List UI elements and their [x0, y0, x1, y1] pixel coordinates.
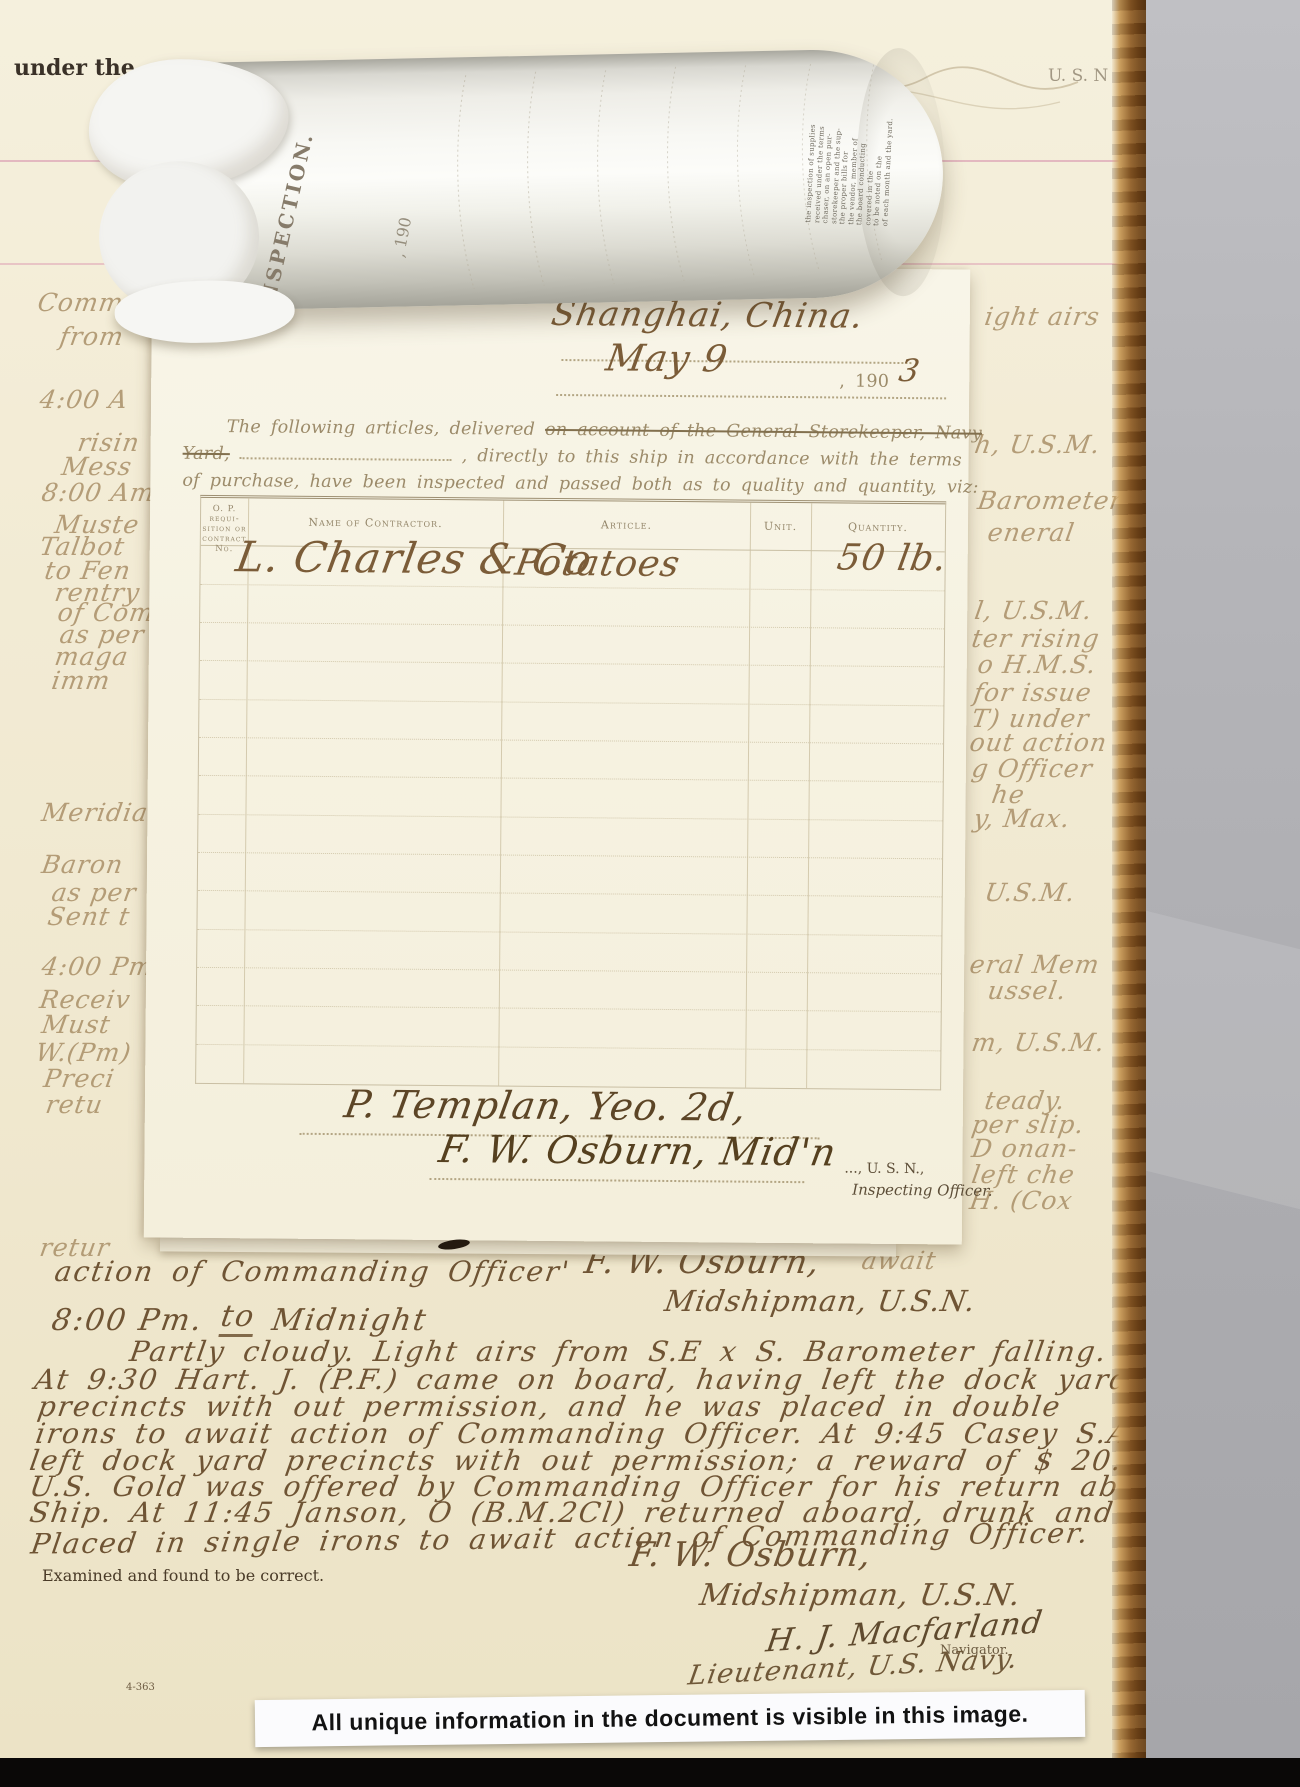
signature-title-midshipman: Midshipman, U.S.N. [697, 1578, 1023, 1613]
table-row-rule [198, 852, 942, 859]
margin-script-fragment: eneral [986, 518, 1077, 547]
watch-heading-prefix: 8:00 Pm. [49, 1303, 206, 1338]
entry-quantity-handwritten: 50 lb. [834, 537, 950, 579]
margin-script-fragment: for issue [972, 678, 1094, 707]
margin-script-fragment: retu [44, 1090, 105, 1119]
table-row-rule [200, 622, 944, 629]
glassine-fold-highlight [1146, 911, 1300, 1209]
form-preamble-line: The following articles, delivered on acc… [227, 417, 982, 444]
header-line: O. P. requi- [201, 504, 248, 524]
table-row-rule [197, 1005, 941, 1012]
table-row-rule [199, 775, 943, 782]
margin-script-fragment: eral Mem [968, 950, 1102, 979]
margin-script-fragment: ter rising [970, 624, 1102, 653]
printed-examined-statement: Examined and found to be correct. [42, 1566, 324, 1585]
printed-form-number: 4-363 [126, 1682, 155, 1693]
margin-script-fragment: y, Max. [972, 804, 1073, 833]
margin-script-fragment: g Officer [970, 754, 1095, 783]
table-header-unit: Unit. [750, 520, 811, 534]
printed-inspecting-officer-label: Inspecting Officer. [852, 1181, 992, 1200]
table-column-rule [498, 501, 504, 1086]
signature-osburn: F. W. Osburn, [627, 1535, 875, 1575]
table-header-contractor: Name of Contractor. [248, 515, 503, 530]
table-row-rule [200, 584, 944, 591]
inspection-table: O. P. requi- sition or contract No. Name… [195, 495, 946, 1090]
printed-usn-label: ..., U. S. N., [844, 1161, 924, 1178]
margin-script-fragment: out action [968, 728, 1110, 757]
table-row-rule [199, 737, 943, 744]
margin-script-fragment: 8:00 Am [40, 478, 157, 507]
margin-script-fragment: W.(Pm) [34, 1038, 134, 1067]
signature-title-midshipman: Midshipman, U.S.N. [662, 1284, 978, 1318]
form-preamble-line: Yard, , directly to this ship in accorda… [183, 444, 962, 471]
table-row-rule [200, 660, 944, 667]
table-column-rule [806, 503, 812, 1088]
margin-script-fragment: m, U.S.M. [970, 1028, 1108, 1057]
entry-article-handwritten: Potatoes [512, 543, 683, 585]
signature-osburn-handwritten: F. W. Osburn, Mid'n [436, 1127, 840, 1174]
scan-background-strip [0, 1758, 1300, 1787]
margin-script-fragment: Barometer [976, 486, 1125, 515]
signature-templan-handwritten: P. Templan, Yeo. 2d, [341, 1082, 750, 1129]
margin-script-fragment: Preci [42, 1064, 117, 1093]
form-date-rule [556, 393, 946, 399]
margin-script-fragment: o H.M.S. [976, 650, 1099, 679]
log-watch-heading: 8:00 Pm. to Midnight [49, 1303, 430, 1338]
form-date-printed-190: , 190 [839, 371, 889, 391]
margin-script-fragment: Meridia [40, 798, 151, 827]
preamble-struck-text: on account of the General Storekeeper, N… [545, 420, 982, 444]
margin-script-fragment: Mess [60, 452, 135, 481]
watch-heading-suffix: Midnight [270, 1303, 431, 1338]
table-row-rule [199, 699, 943, 706]
margin-script-fragment: ight airs [983, 302, 1102, 331]
margin-script-fragment: 4:00 Pm [40, 952, 156, 981]
preamble-blank-rule [240, 444, 452, 461]
glassine-interleaf [1146, 0, 1300, 1758]
table-column-rule [243, 498, 249, 1083]
form-date-handwritten: May 9 [603, 336, 731, 380]
margin-script-fragment: h, U.S.M. [973, 430, 1103, 459]
inspection-form-sheet: Shanghai, China. May 9 , 190 3 The follo… [144, 262, 970, 1244]
table-header-quantity: Quantity. [811, 520, 945, 534]
margin-script-fragment: 4:00 A [38, 385, 131, 414]
margin-script-fragment: imm [50, 666, 113, 695]
caption-text: All unique information in the document i… [311, 1701, 1028, 1737]
scanned-document-photo: under the U. S. N Comme from 4:00 A risi… [0, 0, 1300, 1787]
form-preamble-line: of purchase, have been inspected and pas… [182, 471, 979, 498]
rolled-paper: INSPECTION. , 190 the inspection of supp… [87, 37, 963, 327]
form-date-year-handwritten: 3 [896, 353, 923, 389]
preamble-struck-text: Yard, [183, 444, 230, 464]
table-row-rule [198, 890, 942, 897]
table-row-rule [197, 967, 941, 974]
watch-heading-inserted-word: to [218, 1299, 258, 1337]
page-deckled-edge-texture [1112, 0, 1146, 1758]
table-row-rule [198, 814, 942, 821]
log-line: action of Commanding Officer' [52, 1255, 573, 1288]
margin-script-fragment: ussel. [986, 976, 1069, 1005]
signature-rule [429, 1177, 804, 1183]
margin-script-fragment: U.S.M. [983, 878, 1078, 907]
margin-script-fragment: Sent t [46, 902, 133, 931]
table-row-rule [196, 1044, 940, 1051]
margin-script-fragment: D onan- [970, 1134, 1080, 1163]
preamble-continuation: , directly to this ship in accordance wi… [462, 446, 962, 470]
table-header-article: Article. [503, 518, 750, 533]
margin-script-fragment: Must [40, 1010, 113, 1039]
margin-script-fragment: Baron [40, 850, 126, 879]
table-column-rule [745, 503, 751, 1088]
table-row-rule [197, 929, 941, 936]
margin-script-fragment: l, U.S.M. [973, 596, 1095, 625]
preamble-lead: The following articles, delivered [227, 417, 545, 440]
